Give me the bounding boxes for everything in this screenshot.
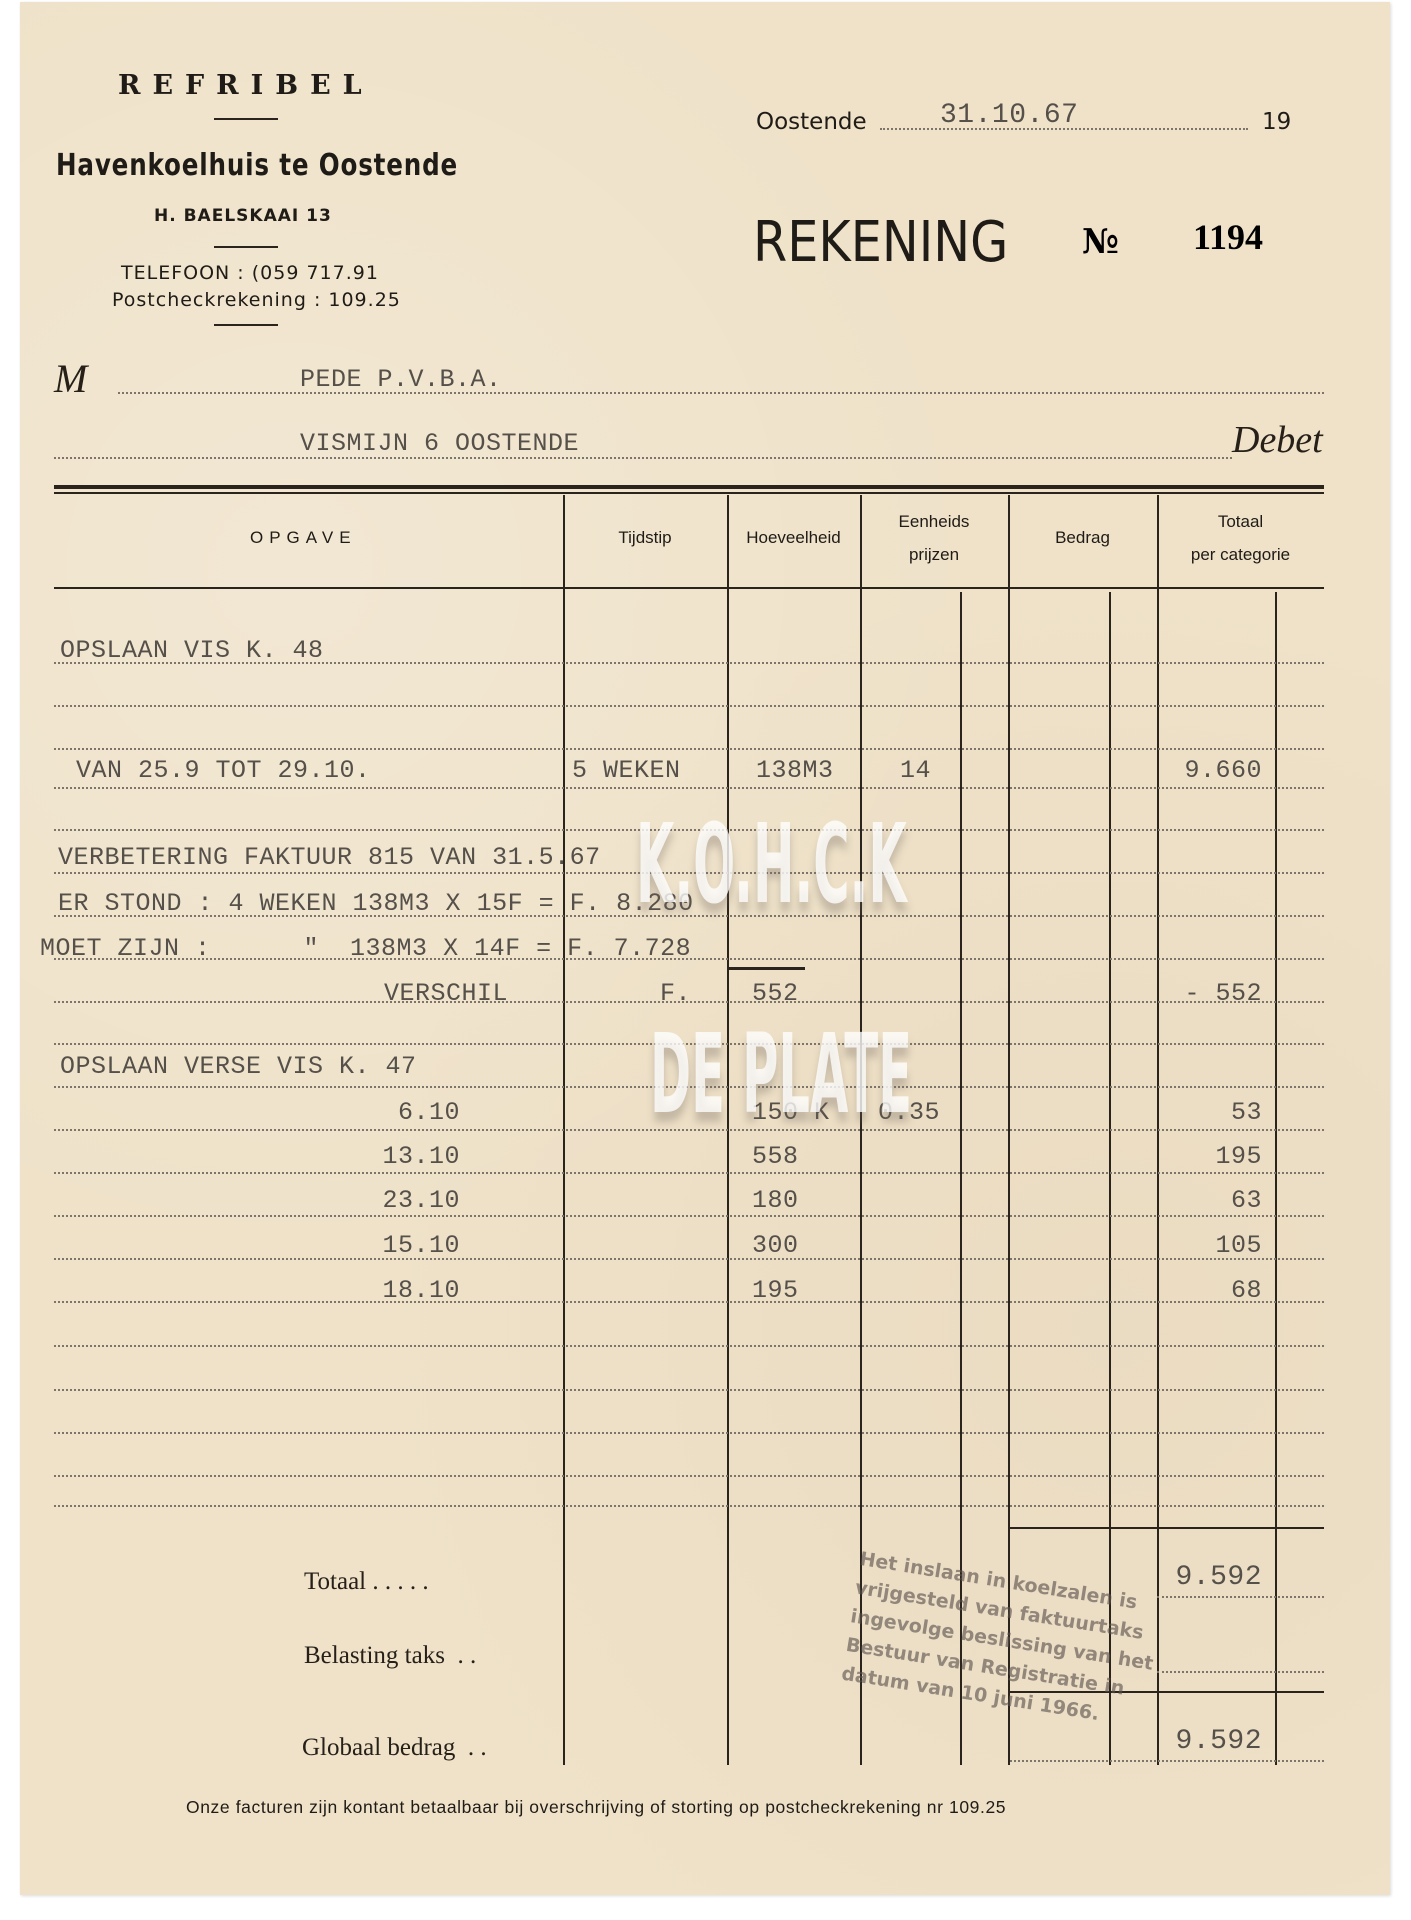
globaal-label: Globaal bedrag . . — [302, 1734, 487, 1762]
header-hoeveelheid: Hoeveelheid — [727, 528, 860, 548]
dateline-year-prefix: 19 — [1262, 109, 1291, 135]
row-line — [54, 787, 1324, 789]
dateline-place: Oostende — [756, 109, 867, 135]
row-opgave: VERSCHIL — [384, 979, 508, 1008]
header-prijzen: prijzen — [860, 545, 1008, 565]
header-opgave: OPGAVE — [250, 528, 357, 548]
row-line — [54, 1432, 1324, 1434]
row-totaal: 63 — [1157, 1186, 1262, 1215]
belasting-line — [1157, 1671, 1324, 1673]
company-telephone: TELEFOON : (059 717.91 — [121, 262, 379, 284]
salutation: M — [54, 355, 87, 402]
row-line — [54, 1215, 1324, 1217]
row-totaal: 53 — [1157, 1098, 1262, 1127]
letterhead-divider — [214, 118, 278, 120]
company-postcheck: Postcheckrekening : 109.25 — [112, 289, 401, 311]
letterhead-divider — [214, 246, 278, 248]
totaal-label: Totaal . . . . . — [304, 1568, 429, 1596]
row-hoeveelheid: 195 — [752, 1276, 799, 1305]
recipient-name: PEDE P.V.B.A. — [300, 365, 502, 394]
invoice-date: 31.10.67 — [940, 100, 1078, 131]
row-tijdstip: 5 WEKEN — [572, 756, 681, 785]
row-bedrag: 552 — [752, 979, 799, 1008]
row-totaal: 195 — [1157, 1142, 1262, 1171]
totals-top-rule — [1010, 1527, 1324, 1529]
watermark-line-2: DE PLATE — [650, 1010, 912, 1138]
row-opgave: VERBETERING FAKTUUR 815 VAN 31.5.67 — [58, 843, 601, 872]
row-opgave: OPSLAAN VIS K. 48 — [60, 636, 324, 665]
row-line — [54, 1258, 1324, 1260]
totaal-line — [1157, 1596, 1324, 1598]
company-subtitle: Havenkoelhuis te Oostende — [56, 148, 458, 183]
row-line — [54, 1389, 1324, 1391]
row-hoeveelheid: 558 — [752, 1142, 799, 1171]
row-opgave: 15.10 — [300, 1231, 460, 1260]
sum-underline — [727, 967, 805, 970]
header-eenheids: Eenheids — [860, 512, 1008, 532]
row-opgave: 18.10 — [300, 1276, 460, 1305]
row-totaal: 105 — [1157, 1231, 1262, 1260]
globaal-value: 9.592 — [1157, 1726, 1262, 1757]
row-line — [54, 705, 1324, 707]
watermark-line-1: K.O.H.C.K — [636, 800, 907, 928]
row-line — [54, 1301, 1324, 1303]
letterhead-divider — [214, 324, 278, 326]
payment-footer: Onze facturen zijn kontant betaalbaar bi… — [186, 1797, 1006, 1818]
row-totaal: 68 — [1157, 1276, 1262, 1305]
debet-label: Debet — [1232, 418, 1323, 462]
row-line — [54, 1345, 1324, 1347]
globaal-line — [1010, 1760, 1324, 1762]
header-totaal: Totaal — [1157, 512, 1324, 532]
row-opgave: MOET ZIJN : " 138M3 X 14F = F. 7.728 — [40, 934, 691, 963]
invoice-title: REKENING — [753, 210, 1008, 275]
invoice-number: 1194 — [1193, 216, 1263, 258]
row-opgave: 23.10 — [300, 1186, 460, 1215]
col-subdivider-totaal — [1275, 592, 1277, 1765]
table-top-rule-thin — [54, 492, 1324, 494]
row-eenheidsprijs: 14 — [900, 756, 931, 785]
recipient-name-line — [118, 392, 1324, 394]
row-opgave: 6.10 — [300, 1098, 460, 1127]
header-per-categorie: per categorie — [1157, 545, 1324, 565]
row-opgave: VAN 25.9 TOT 29.10. — [76, 756, 371, 785]
number-sign: № — [1082, 222, 1119, 262]
row-line — [54, 1172, 1324, 1174]
row-hoeveelheid: 300 — [752, 1231, 799, 1260]
header-bedrag: Bedrag — [1008, 528, 1157, 548]
header-tijdstip: Tijdstip — [563, 528, 727, 548]
row-bedrag-prefix: F. — [660, 979, 691, 1008]
company-name: REFRIBEL — [118, 70, 374, 101]
totaal-value: 9.592 — [1157, 1562, 1262, 1593]
row-line — [54, 1505, 1324, 1507]
table-header-bottom-rule — [54, 587, 1324, 589]
row-totaal: 9.660 — [1157, 756, 1262, 785]
row-hoeveelheid: 138M3 — [756, 756, 834, 785]
table-top-rule — [54, 485, 1324, 489]
row-totaal: - 552 — [1157, 979, 1262, 1008]
row-opgave: OPSLAAN VERSE VIS K. 47 — [60, 1052, 417, 1081]
recipient-address-line — [54, 457, 1232, 459]
belasting-label: Belasting taks . . — [304, 1642, 476, 1670]
row-opgave: 13.10 — [300, 1142, 460, 1171]
row-line — [54, 748, 1324, 750]
row-hoeveelheid: 180 — [752, 1186, 799, 1215]
recipient-address: VISMIJN 6 OOSTENDE — [300, 429, 579, 458]
row-opgave: ER STOND : 4 WEKEN 138M3 X 15F = F. 8.28… — [58, 889, 694, 918]
row-line — [54, 1475, 1324, 1477]
company-address: H. BAELSKAAI 13 — [154, 206, 332, 226]
